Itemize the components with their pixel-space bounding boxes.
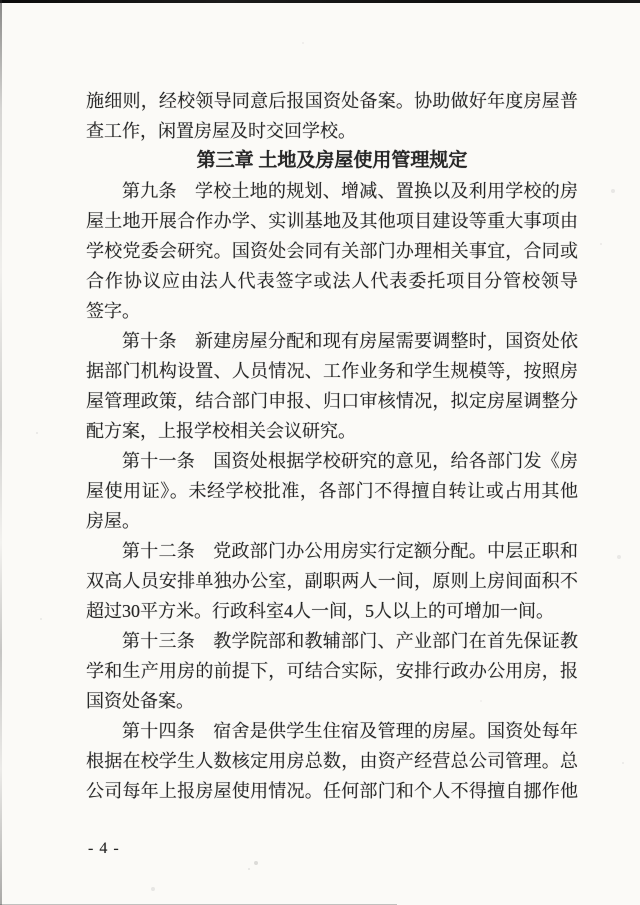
article-13-line-3: 国资处备案。 (86, 686, 578, 716)
document-text-column: 施细则，经校领导同意后报国资处备案。协助做好年度房屋普 查工作，闲置房屋及时交回… (86, 86, 578, 806)
scan-edge-left (0, 0, 2, 905)
intro-line-1: 施细则，经校领导同意后报国资处备案。协助做好年度房屋普 (86, 86, 578, 116)
article-9-line-2: 屋土地开展合作办学、实训基地及其他项目建设等重大事项由 (86, 206, 578, 236)
scan-edge-top (0, 0, 640, 3)
article-9-line-1: 第九条 学校土地的规划、增减、置换以及利用学校的房 (86, 176, 578, 206)
article-12-line-3: 超过30平方米。行政科室4人一间，5人以上的可增加一间。 (86, 596, 578, 626)
article-14-line-2: 根据在校学生人数核定用房总数，由资产经营总公司管理。总 (86, 746, 578, 776)
article-11-line-1: 第十一条 国资处根据学校研究的意见，给各部门发《房 (86, 446, 578, 476)
article-14-line-1: 第十四条 宿舍是供学生住宿及管理的房屋。国资处每年 (86, 716, 578, 746)
article-14-line-3: 公司每年上报房屋使用情况。任何部门和个人不得擅自挪作他 (86, 776, 578, 806)
article-11-line-2: 屋使用证》。未经学校批准，各部门不得擅自转让或占用其他 (86, 476, 578, 506)
article-9-line-4: 合作协议应由法人代表签字或法人代表委托项目分管校领导 (86, 266, 578, 296)
article-10-line-1: 第十条 新建房屋分配和现有房屋需要调整时，国资处依 (86, 326, 578, 356)
article-11-line-3: 房屋。 (86, 506, 578, 536)
article-10-line-3: 屋管理政策，结合部门申报、归口审核情况，拟定房屋调整分 (86, 386, 578, 416)
article-9-line-5: 签字。 (86, 296, 578, 326)
scanned-document-page: 施细则，经校领导同意后报国资处备案。协助做好年度房屋普 查工作，闲置房屋及时交回… (0, 0, 640, 905)
page-number: - 4 - (88, 840, 120, 858)
article-10-line-4: 配方案，上报学校相关会议研究。 (86, 416, 578, 446)
scan-noise-speckles (0, 0, 2, 2)
article-13-line-1: 第十三条 教学院部和教辅部门、产业部门在首先保证教 (86, 626, 578, 656)
chapter-heading: 第三章 土地及房屋使用管理规定 (86, 146, 578, 176)
article-10-line-2: 据部门机构设置、人员情况、工作业务和学生规模等，按照房 (86, 356, 578, 386)
article-9-line-3: 学校党委会研究。国资处会同有关部门办理相关事宜，合同或 (86, 236, 578, 266)
article-13-line-2: 学和生产用房的前提下，可结合实际，安排行政办公用房，报 (86, 656, 578, 686)
intro-line-2: 查工作，闲置房屋及时交回学校。 (86, 116, 578, 146)
article-12-line-1: 第十二条 党政部门办公用房实行定额分配。中层正职和 (86, 536, 578, 566)
article-12-line-2: 双高人员安排单独办公室，副职两人一间，原则上房间面积不 (86, 566, 578, 596)
